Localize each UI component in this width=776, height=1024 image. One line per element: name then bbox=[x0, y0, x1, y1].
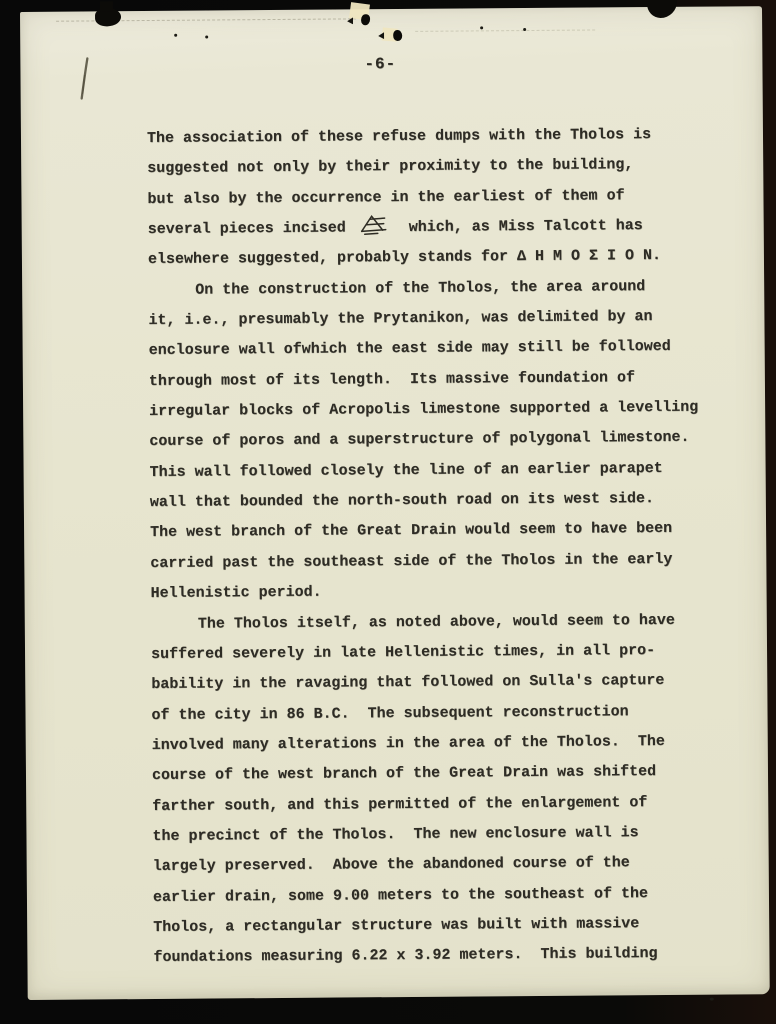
text-line: carried past the southeast side of the T… bbox=[150, 544, 740, 579]
paper-sheet: -6- The association of these refuse dump… bbox=[20, 6, 770, 1000]
pen-mark bbox=[76, 55, 92, 108]
text-line: course of poros and a superstructure of … bbox=[149, 423, 739, 458]
text-line: suggested not only by their proximity to… bbox=[147, 150, 737, 185]
scan-background: -6- The association of these refuse dump… bbox=[0, 0, 776, 1024]
text-line: This wall followed closely the line of a… bbox=[150, 453, 740, 488]
ink-speck bbox=[480, 26, 483, 29]
text-line: it, i.e., presumably the Prytanikon, was… bbox=[148, 301, 738, 336]
text-line: involved many alterations in the area of… bbox=[152, 726, 742, 761]
binder-hole-mark bbox=[647, 0, 677, 18]
text-line: Hellenistic period. bbox=[150, 575, 740, 610]
text-line: irregular blocks of Acropolis limestone … bbox=[149, 392, 739, 427]
text-line: earlier drain, some 9.00 meters to the s… bbox=[153, 878, 743, 913]
text-line: enclosure wall ofwhich the east side may… bbox=[149, 332, 739, 367]
text-line: Tholos, a rectangular structure was buil… bbox=[153, 908, 743, 943]
staple-mark bbox=[393, 30, 402, 41]
text-line: through most of its length. Its massive … bbox=[149, 362, 739, 397]
text-line: The Tholos itself, as noted above, would… bbox=[151, 605, 741, 640]
ink-speck bbox=[523, 28, 526, 31]
text-line: of the city in 86 B.C. The subsequent re… bbox=[151, 696, 741, 731]
text-line: The association of these refuse dumps wi… bbox=[147, 119, 737, 154]
ink-speck bbox=[174, 34, 177, 37]
page-number: -6- bbox=[364, 55, 396, 73]
ink-speck bbox=[205, 36, 208, 39]
text-line: suffered severely in late Hellenistic ti… bbox=[151, 635, 741, 670]
text-line: the precinct of the Tholos. The new encl… bbox=[152, 817, 742, 852]
text-line: farther south, and this permitted of the… bbox=[152, 787, 742, 822]
text-block: The association of these refuse dumps wi… bbox=[147, 119, 744, 973]
text-line: wall that bounded the north-south road o… bbox=[150, 483, 740, 518]
text-line: elsewhere suggested, probably stands for… bbox=[148, 241, 738, 276]
text-line: course of the west branch of the Great D… bbox=[152, 757, 742, 792]
text-line: foundations measuring 6.22 x 3.92 meters… bbox=[153, 939, 743, 974]
text-line: The west branch of the Great Drain would… bbox=[150, 514, 740, 549]
text-line: but also by the occurrence in the earlie… bbox=[147, 180, 737, 215]
text-line: several pieces incised which, as Miss Ta… bbox=[148, 210, 738, 245]
ink-speck bbox=[710, 998, 714, 1001]
staple-mark bbox=[361, 14, 370, 25]
text-line: largely preserved. Above the abandoned c… bbox=[153, 848, 743, 883]
binder-hole-mark bbox=[95, 8, 121, 26]
text-line: bability in the ravaging that followed o… bbox=[151, 666, 741, 701]
text-line: On the construction of the Tholos, the a… bbox=[148, 271, 738, 306]
crease-line bbox=[415, 29, 595, 31]
